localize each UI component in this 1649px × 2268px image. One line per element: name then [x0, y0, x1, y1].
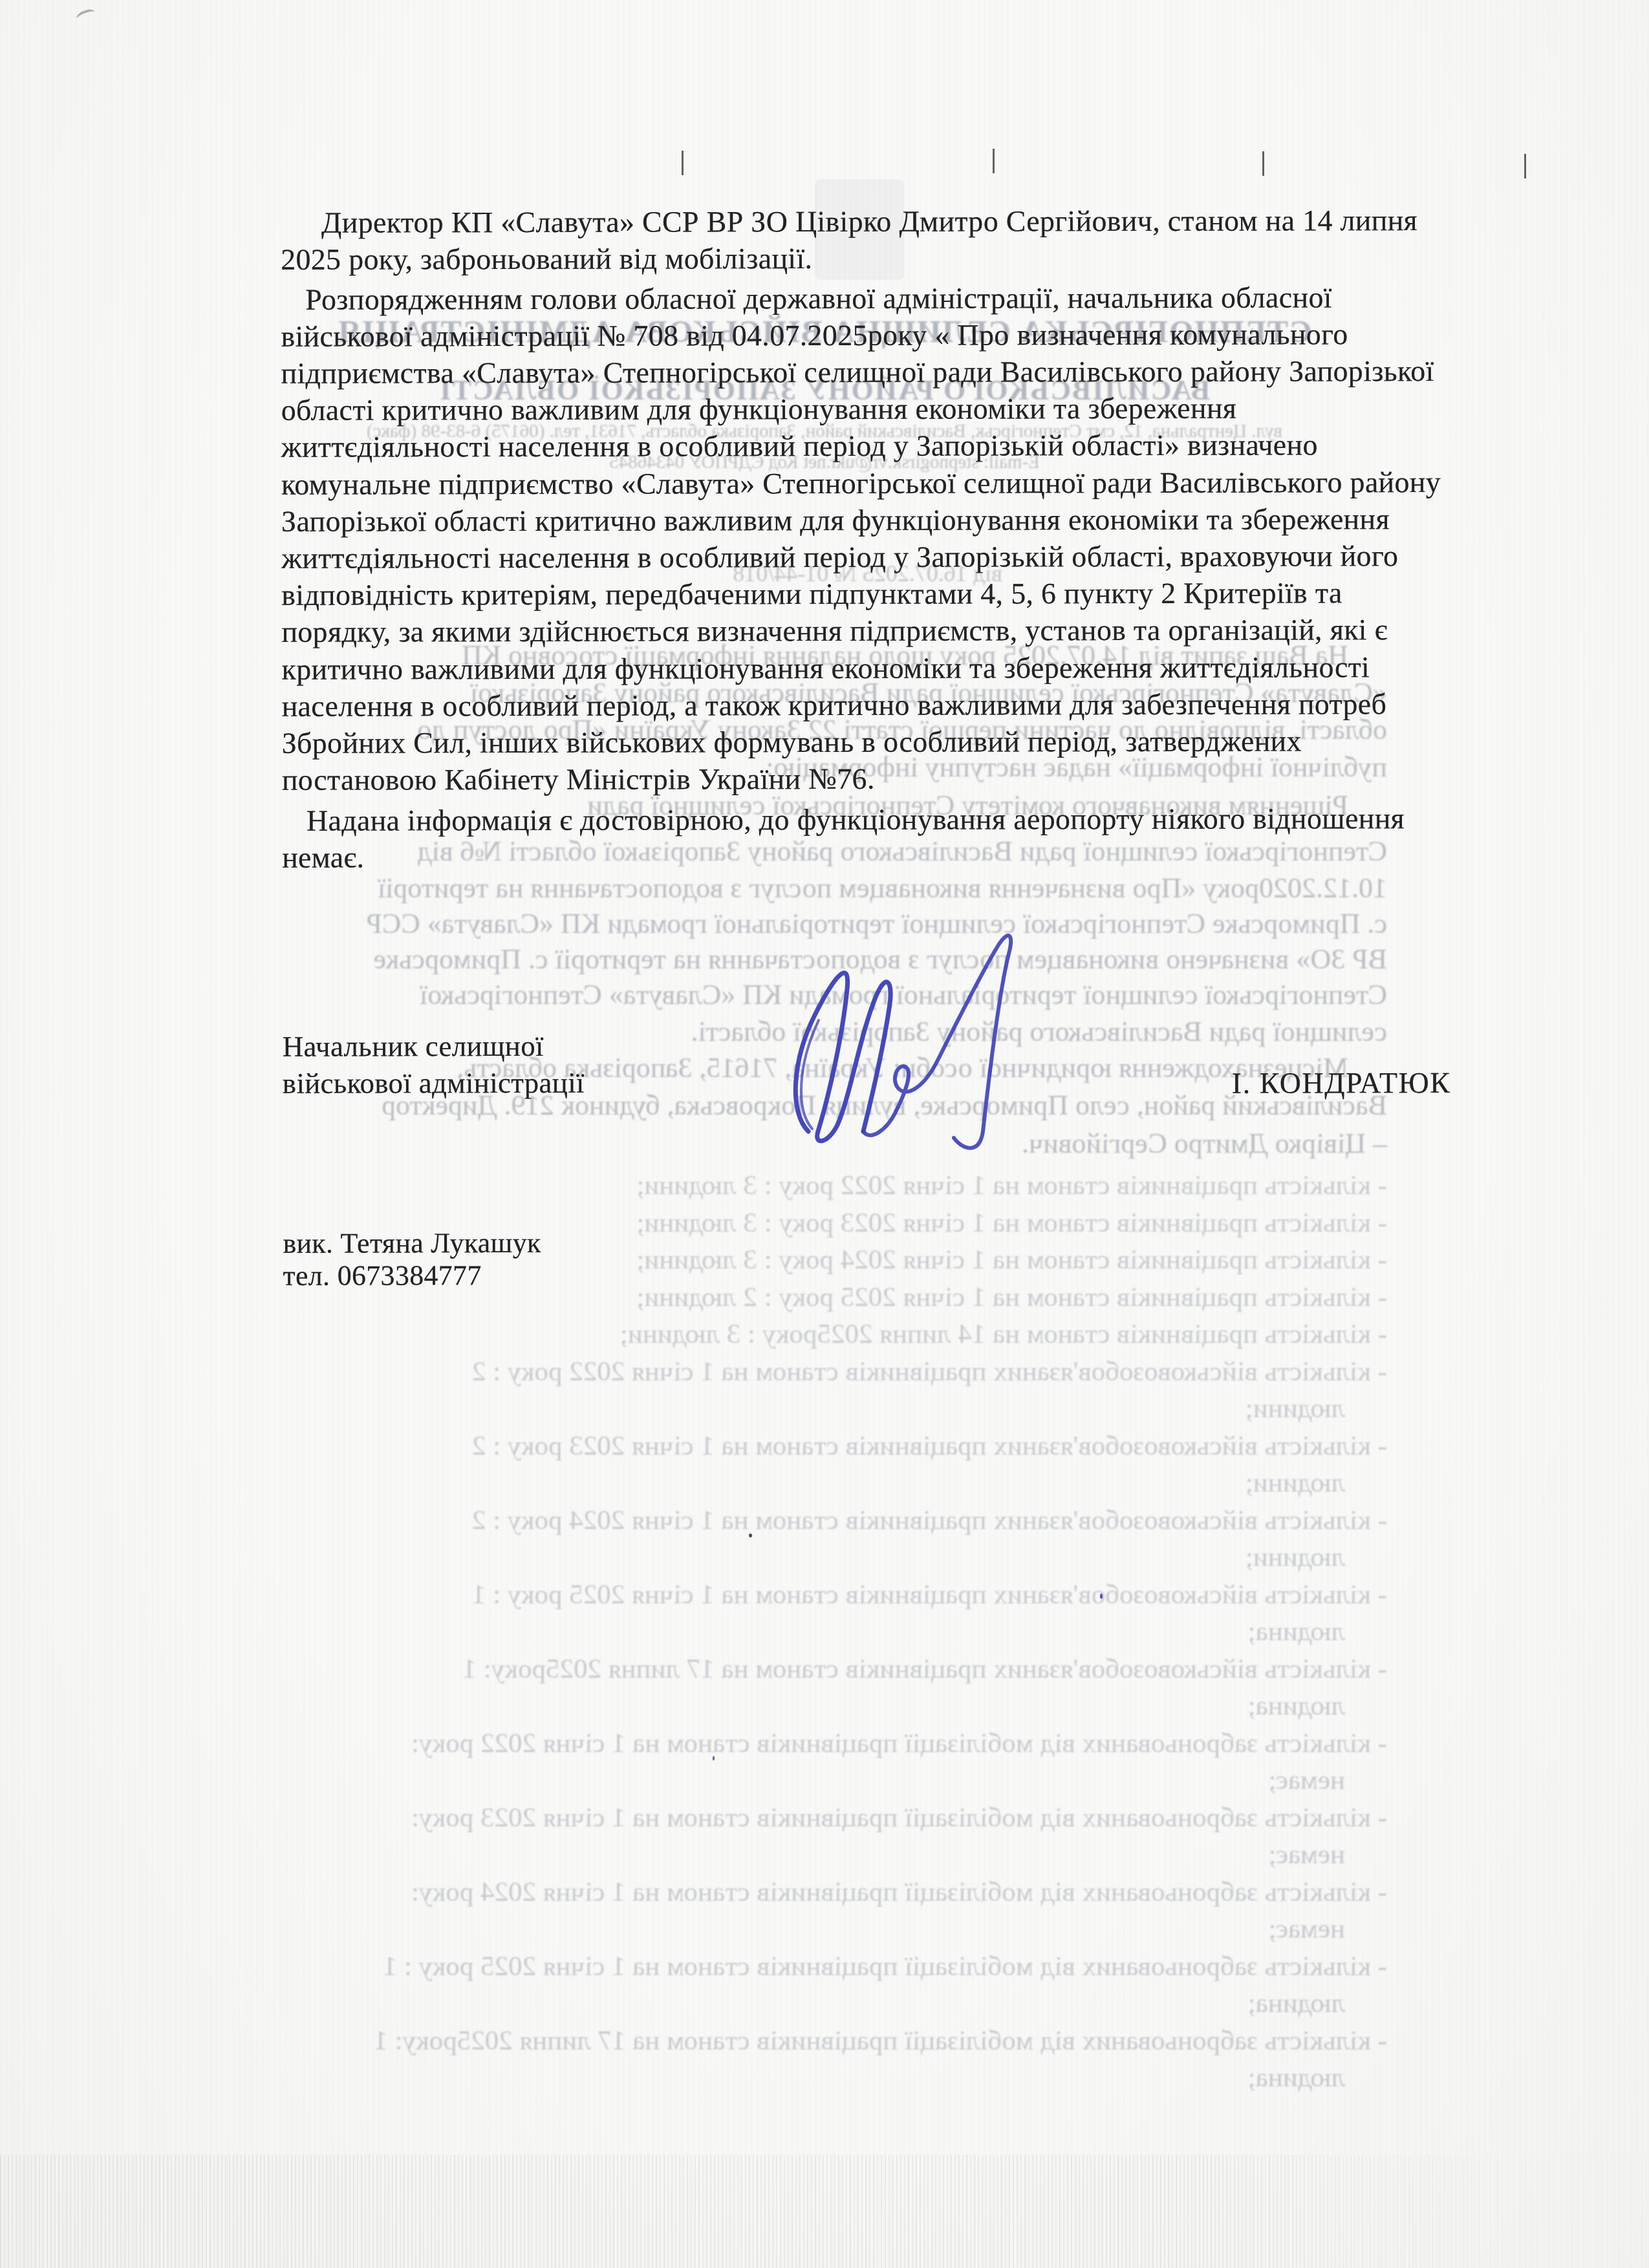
signer-name: І. КОНДРАТЮК — [1232, 1067, 1451, 1100]
executor-name: вик. Тетяна Лукашук — [283, 1228, 541, 1259]
paragraph-line: життєдіяльності населення в особливий пе… — [281, 429, 1318, 464]
executor-phone: тел. 0673384777 — [283, 1260, 481, 1292]
handwritten-signature — [731, 918, 1080, 1157]
signer-title-line: військової адміністрації — [283, 1067, 585, 1100]
paragraph-line: області критично важливим для функціонув… — [281, 392, 1237, 427]
paragraph-line: Розпорядженням голови обласної державної… — [305, 281, 1332, 316]
paragraph-line: Запорізької області критично важливим дл… — [281, 503, 1390, 538]
scanner-streaks-fade — [1209, 2155, 1649, 2268]
paragraph-line: Директор КП «Славута» ССР ВР ЗО Цівірко … — [321, 204, 1417, 239]
paragraph-line: комунальне підприємство «Славута» Степно… — [281, 466, 1441, 501]
paragraph-line: відповідність критеріям, передбаченими п… — [281, 577, 1342, 612]
paragraph-line: порядку, за якими здійснюється визначенн… — [281, 614, 1387, 648]
paragraph-line: Надана інформація є достовірною, до функ… — [307, 802, 1405, 837]
paragraph-line: населення в особливий період, а також кр… — [282, 688, 1387, 723]
paragraph-line: підприємства «Славута» Степногірської се… — [281, 355, 1434, 390]
scanned-document-page: СТЕПНОГІРСЬКА СЕЛИЩНА ВІЙСЬКОВА АДМІНІСТ… — [0, 0, 1649, 2268]
paragraph-line: Збройних Сил, інших військових формувань… — [282, 725, 1302, 760]
paragraph-line: життєдіяльності населення в особливий пе… — [281, 540, 1398, 575]
paragraph-line: немає. — [282, 841, 364, 874]
paragraph-line: військової адміністрації № 708 від 04.07… — [281, 318, 1348, 353]
paragraph-line: 2025 року, заброньований від мобілізації… — [281, 242, 812, 276]
paragraph-line: постановою Кабінету Міністрів України №7… — [282, 763, 875, 797]
signer-title-line: Начальник селищної — [283, 1031, 544, 1063]
paragraph-line: критично важливими для функціонування ек… — [281, 651, 1370, 686]
